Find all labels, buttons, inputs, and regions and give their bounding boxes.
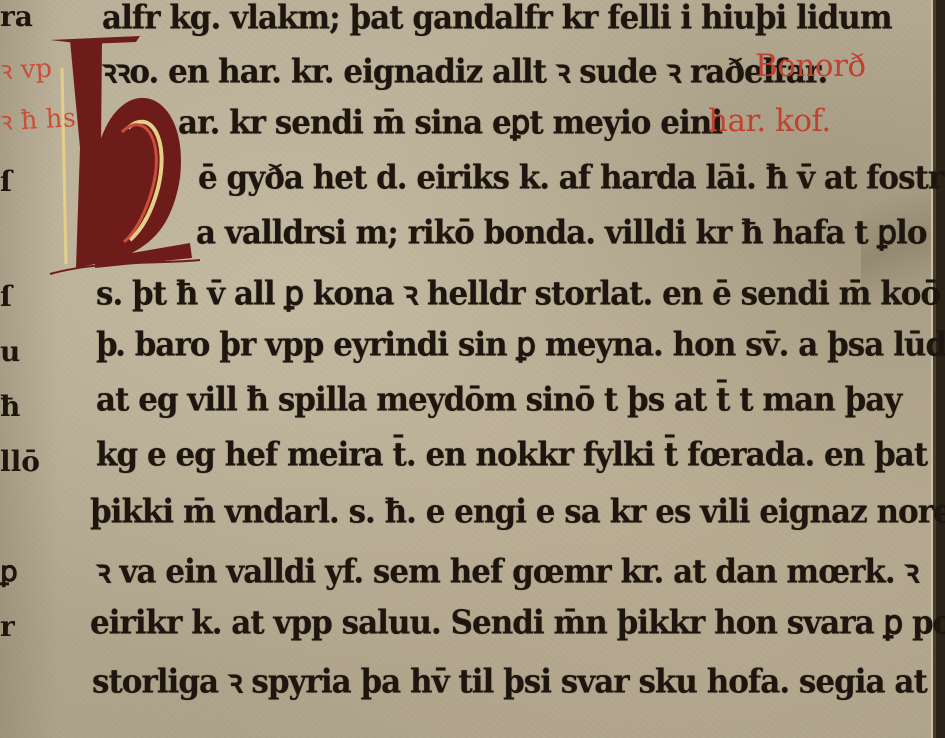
text-line: ꝛꝛo. en har. kr. eignadiz allt ꝛ sude ꝛ … (102, 49, 827, 93)
left-fragment: r (0, 610, 15, 643)
text-line: at eg vill ħ spilla meydōm sinō t þs at … (96, 381, 901, 419)
left-fragment: ſ (0, 280, 12, 313)
left-fragment: ħ (0, 390, 20, 423)
left-fragment: ſ (0, 165, 12, 198)
left-fragment: ra (0, 0, 33, 33)
text-line: kg e eg hef meira t̄. en nokkr fylki t̄ … (96, 436, 927, 474)
text-line: alfr kg. vlakm; þat gandalfr kr felli i … (102, 0, 892, 37)
left-fragment: llō (0, 445, 40, 478)
left-fragment: ꝑ (0, 555, 18, 588)
text-line: s. þt ħ v̄ all ꝑ kona ꝛ helldr storlat. … (96, 271, 940, 315)
text-line: ar. kr sendi m̄ sina eꝑt meyio eini (178, 104, 722, 142)
rubric-heading: har. kof. (708, 103, 831, 139)
text-line: storliga ꝛ spyria þa hv̄ til þsi svar sk… (92, 659, 927, 703)
text-line: eirikr k. at vpp saluu. Sendi m̄n þikkr … (90, 604, 945, 642)
text-line: ē gyða het d. eiriks k. af harda lāi. ħ … (198, 159, 943, 197)
text-line: þikki m̄ vndarl. s. ħ. e engi e sa kr es… (90, 493, 945, 531)
text-line: þ. baro þr vpp eyrindi sin ꝑ meyna. hon … (96, 326, 945, 364)
text-line: a valldrsi m; rikō bonda. villdi kr ħ ha… (196, 214, 927, 252)
manuscript-page: ra ꝛ vp ꝛ ħ hs. ſ ſ u ħ llō ꝑ r alfr kg.… (0, 0, 945, 738)
left-fragment: u (0, 335, 20, 368)
rubric-heading: Bonorð (755, 48, 866, 84)
text-line: ꝛ va ein valldi yf. sem hef gœmr kr. at … (96, 549, 918, 593)
